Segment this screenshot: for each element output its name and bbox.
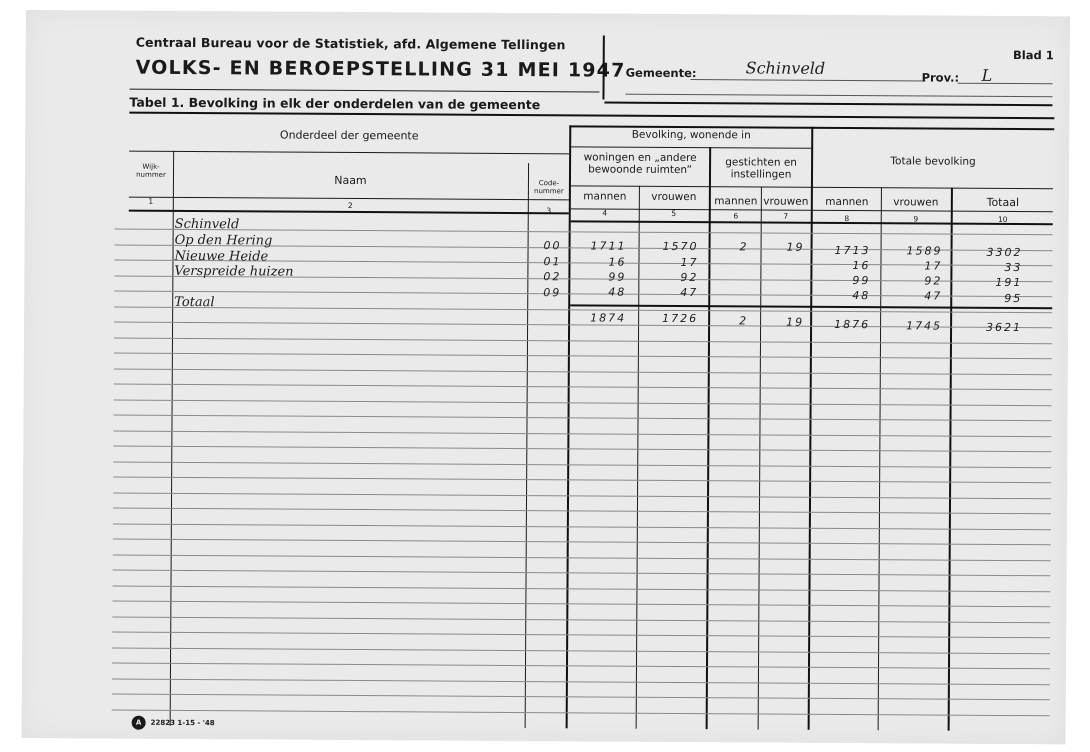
cell-woningen-mannen: 99	[572, 270, 626, 283]
col-number: 7	[761, 212, 811, 221]
cell-totaal: 3302	[954, 246, 1022, 259]
province-line	[958, 83, 1053, 85]
organization-name: Centraal Bureau voor de Statistiek, afd.…	[136, 35, 566, 53]
ruled-lines	[26, 10, 1070, 16]
form-footer: A 22823 1-15 - '48	[132, 716, 215, 731]
total-label: Totaal	[174, 295, 214, 310]
ruled-line	[112, 710, 1050, 717]
cell-totaal-vrouwen: 92	[882, 274, 942, 287]
ruled-line	[113, 508, 1051, 515]
header-right-rule	[604, 102, 1052, 107]
row-code: 01	[529, 255, 561, 268]
row-code: 02	[529, 270, 561, 283]
cell-totaal-vrouwen: 17	[882, 259, 942, 272]
ruled-line	[112, 617, 1050, 624]
row-naam: Nieuwe Heide	[174, 249, 268, 265]
total-woningen-mannen: 1874	[572, 311, 626, 324]
header-rule	[129, 197, 569, 201]
col-header-code: Code- nummer	[528, 179, 570, 195]
header-rule	[129, 151, 569, 155]
ruled-line	[113, 446, 1051, 453]
col-header-mannen-8: mannen	[813, 196, 881, 208]
col-divider-thick-4	[948, 188, 953, 731]
ruled-line	[113, 524, 1051, 531]
title-underline	[130, 89, 600, 93]
header-divider	[602, 36, 604, 100]
cell-gestichten-vrouwen: 19	[763, 241, 805, 254]
col-header-vrouwen-7: vrouwen	[761, 195, 811, 207]
total-gestichten-mannen: 2	[712, 314, 748, 327]
row-code: 00	[530, 239, 562, 252]
total-woningen-vrouwen: 1726	[640, 312, 698, 325]
cell-woningen-vrouwen: 1570	[641, 240, 699, 253]
ruled-line	[114, 400, 1052, 407]
cell-totaal-vrouwen: 1589	[883, 244, 943, 257]
cell-totaal: 95	[954, 292, 1022, 305]
cell-totaal-mannen: 99	[814, 274, 870, 287]
census-form-sheet: Centraal Bureau voor de Statistiek, afd.…	[22, 10, 1070, 744]
subheader-woningen: woningen en „andere bewoonde ruimten”	[571, 151, 709, 176]
col-divider	[636, 186, 640, 729]
ruled-line	[113, 431, 1051, 438]
col-divider	[758, 186, 762, 729]
ruled-line	[113, 462, 1051, 469]
cell-totaal-mannen: 1713	[815, 244, 871, 257]
col-header-vrouwen-5: vrouwen	[639, 191, 709, 203]
col-divider	[878, 187, 882, 730]
header-extra-line	[625, 94, 1052, 98]
municipality-label: Gemeente:	[626, 66, 697, 80]
cell-woningen-mannen: 1711	[573, 239, 627, 252]
total-totaal: 3621	[954, 321, 1022, 334]
cell-woningen-vrouwen: 17	[640, 256, 698, 269]
ruled-line	[114, 353, 1052, 360]
province-value: L	[982, 66, 993, 85]
ruled-line	[113, 539, 1051, 546]
col-header-mannen-4: mannen	[571, 190, 639, 202]
sheet-number: Blad 1	[1013, 48, 1054, 62]
group-header-onderdeel: Onderdeel der gemeente	[129, 129, 569, 144]
total-gestichten-vrouwen: 19	[762, 316, 804, 329]
table-title: Tabel 1. Bevolking in elk der onderdelen…	[129, 95, 540, 113]
cell-woningen-vrouwen: 47	[640, 286, 698, 299]
col-divider-1	[170, 151, 175, 726]
form-title: VOLKS- EN BEROEPSTELLING 31 MEI 1947	[136, 57, 626, 82]
ruled-line	[113, 493, 1051, 500]
row-naam: Op den Hering	[175, 233, 273, 249]
cell-totaal: 33	[954, 261, 1022, 274]
ruled-line	[114, 384, 1052, 391]
col-header-totaal-10: Totaal	[953, 197, 1053, 210]
group-header-bevolking: Bevolking, wonende in	[571, 128, 811, 142]
row-naam: Verspreide huizen	[174, 264, 293, 280]
ruled-line	[112, 632, 1050, 639]
ruled-line	[113, 555, 1051, 562]
cell-totaal: 191	[954, 276, 1022, 289]
ruled-line	[112, 648, 1050, 655]
cell-woningen-mannen: 16	[572, 255, 626, 268]
cell-woningen-vrouwen: 92	[640, 271, 698, 284]
table-title-rule	[129, 112, 1054, 120]
total-totaal-vrouwen: 1745	[882, 319, 942, 332]
ruled-line	[113, 570, 1051, 577]
cell-totaal-mannen: 48	[814, 289, 870, 302]
col-number: 1	[129, 198, 173, 207]
ruled-line	[112, 586, 1050, 593]
cell-totaal-mannen: 16	[814, 259, 870, 272]
form-code: 22823 1-15 - '48	[151, 719, 215, 727]
ruled-line	[112, 663, 1050, 670]
row-naam: Schinveld	[175, 217, 240, 232]
ruled-line	[114, 338, 1052, 345]
ruled-line	[114, 415, 1052, 422]
cell-gestichten-mannen: 2	[713, 240, 749, 253]
col-header-naam: Naam	[173, 174, 528, 189]
ruled-line	[112, 601, 1050, 608]
cell-woningen-mannen: 48	[572, 285, 626, 298]
printer-logo-icon: A	[132, 716, 146, 730]
row-code: 09	[529, 286, 561, 299]
ruled-line	[112, 694, 1050, 701]
col-number: 4	[571, 209, 639, 218]
col-header-vrouwen-9: vrouwen	[881, 196, 951, 208]
municipality-line	[691, 79, 926, 81]
province-label: Prov.:	[922, 70, 960, 84]
col-header-wijk: Wijk- nummer	[129, 163, 173, 179]
ruled-line	[114, 369, 1052, 376]
header-rule	[571, 146, 811, 148]
col-divider-thick-2	[706, 147, 712, 729]
group-header-totaal: Totale bevolking	[813, 155, 1053, 169]
subheader-gestichten: gestichten en instellingen	[711, 156, 811, 181]
ruled-line	[112, 679, 1050, 686]
ruled-line	[113, 477, 1051, 484]
col-header-mannen-6: mannen	[711, 195, 761, 207]
municipality-value: Schinveld	[746, 58, 826, 77]
col-number: 6	[711, 212, 761, 221]
total-totaal-mannen: 1876	[814, 318, 870, 331]
cell-totaal-vrouwen: 47	[882, 289, 942, 302]
col-number: 5	[639, 210, 709, 219]
